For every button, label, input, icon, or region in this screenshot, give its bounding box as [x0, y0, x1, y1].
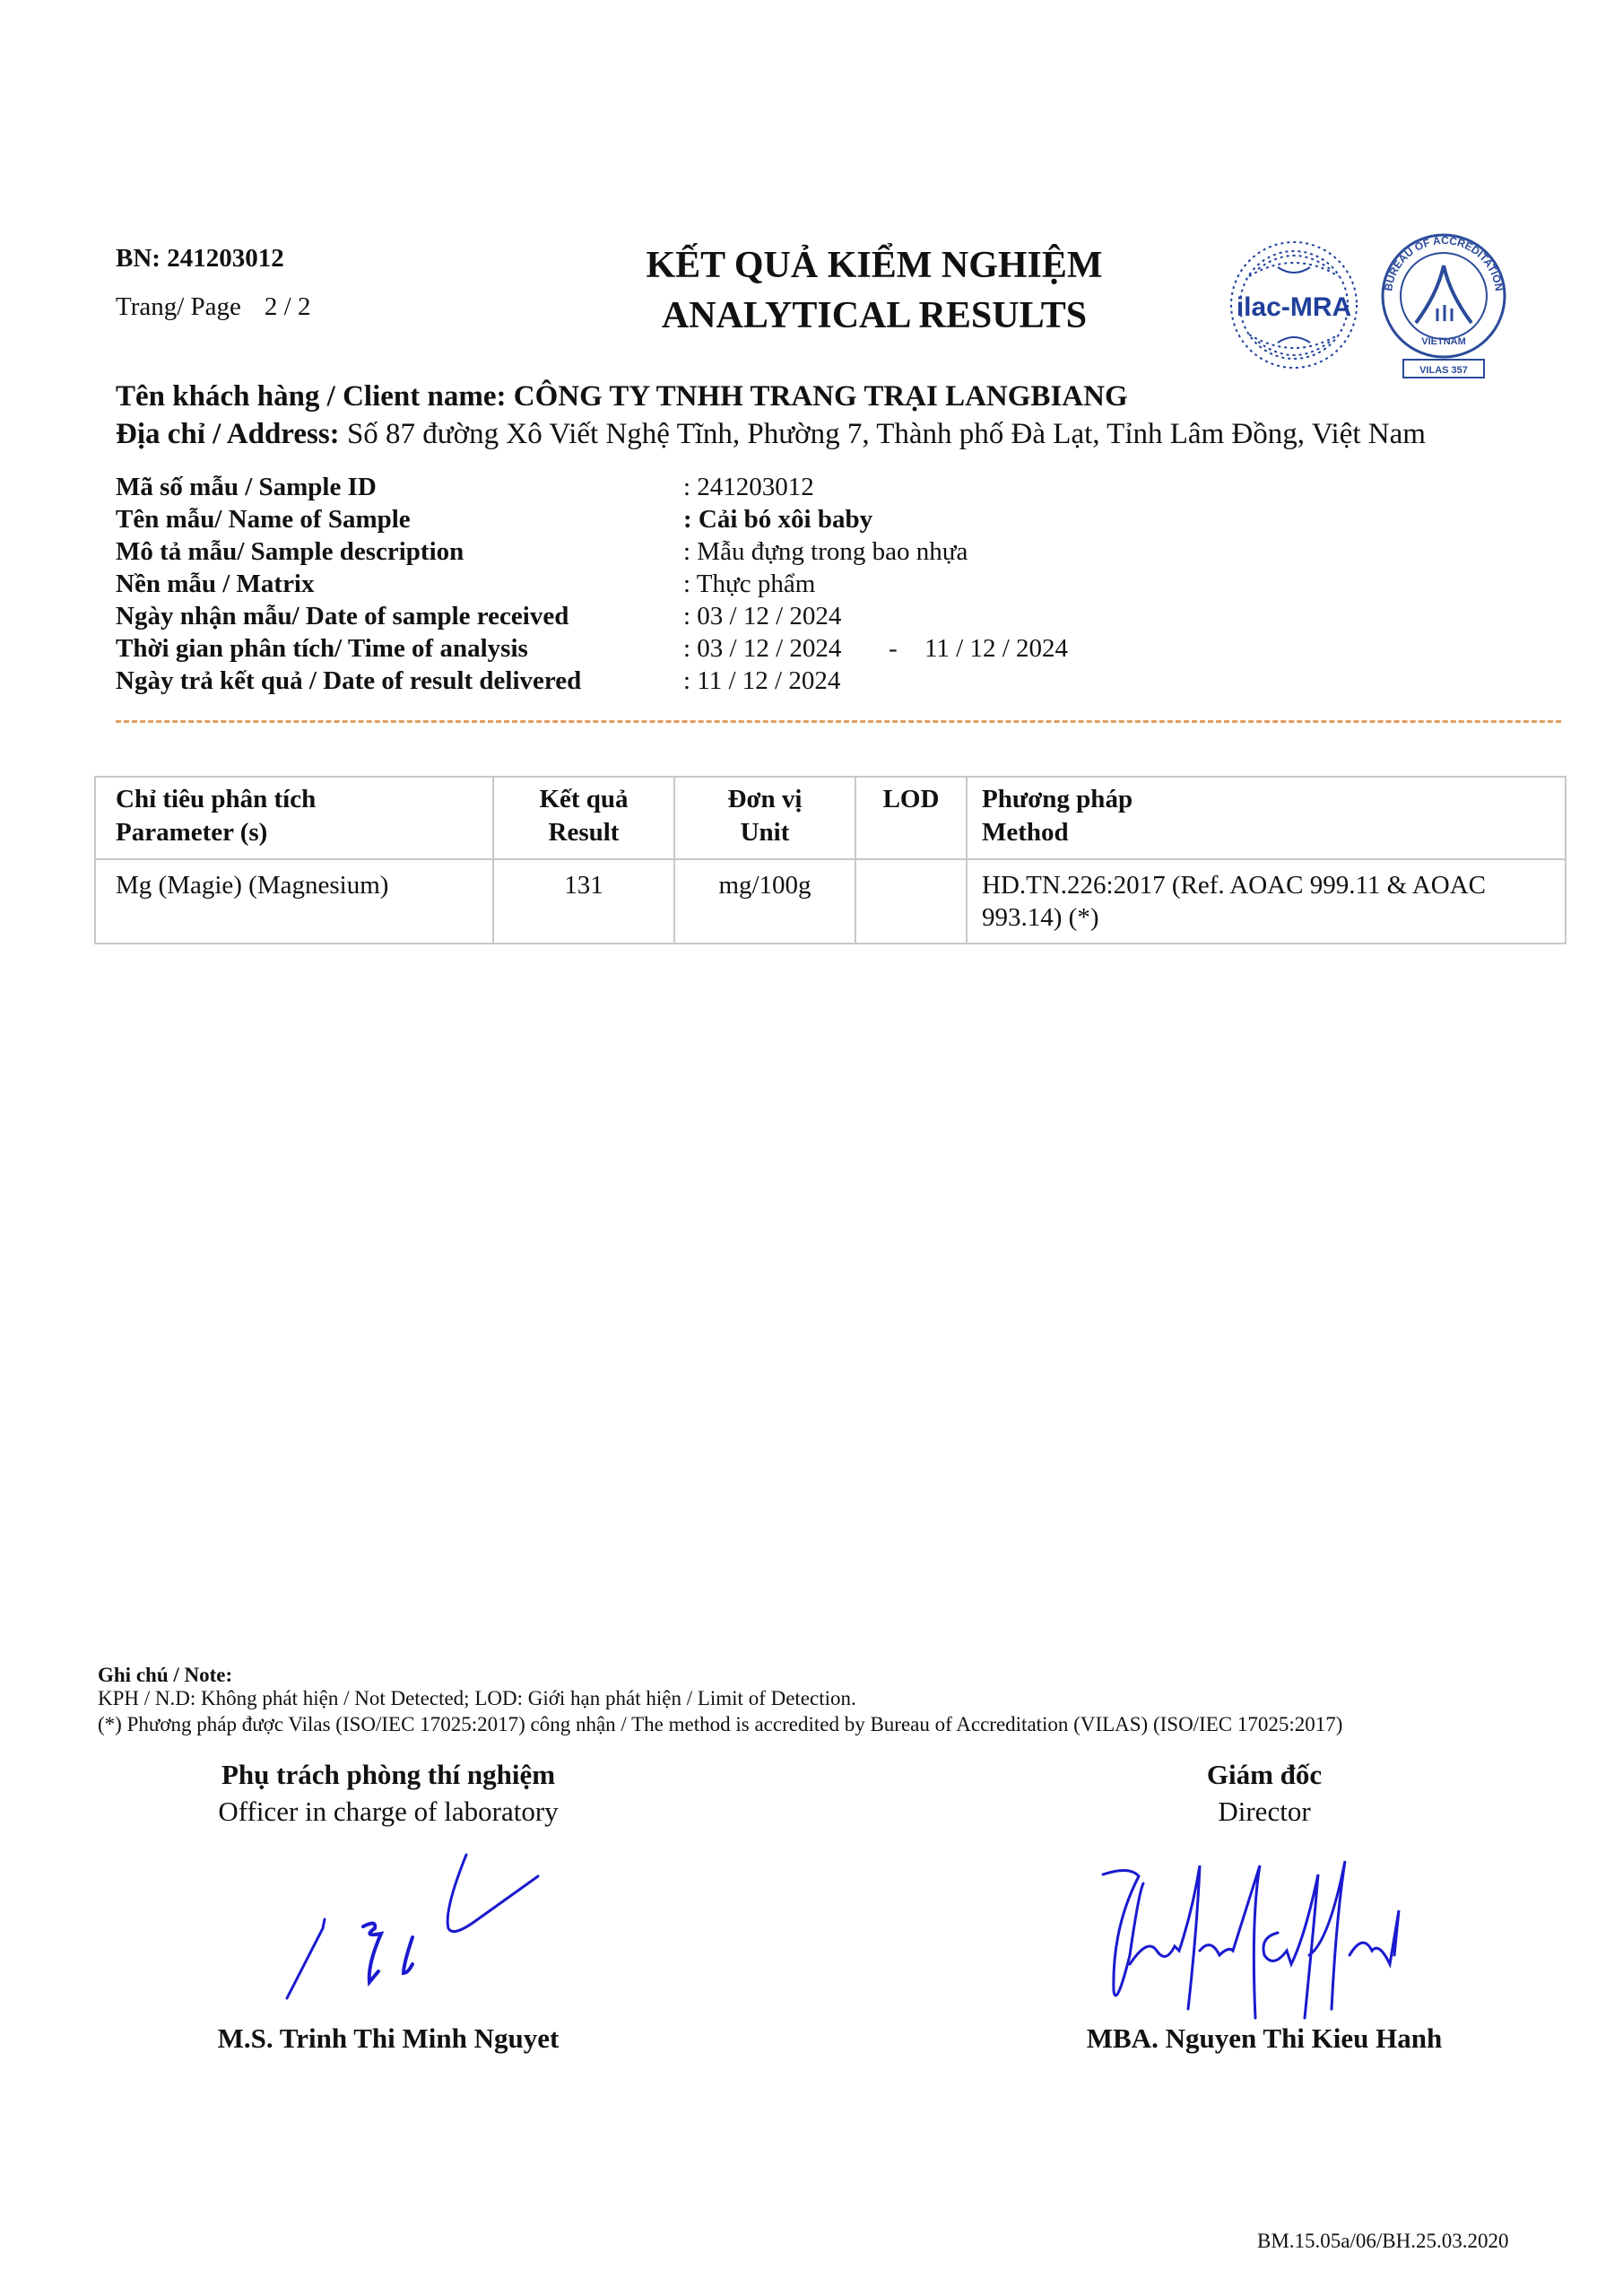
sample-description-value: : Mẫu đựng trong bao nhựa: [683, 537, 968, 567]
page-indicator: Trang/ Page2 / 2: [116, 292, 310, 322]
table-row: Mg (Magie) (Magnesium) 131 mg/100g HD.TN…: [95, 859, 1566, 944]
lab-officer-signature-icon: [269, 1848, 574, 2009]
cell-unit: mg/100g: [674, 859, 855, 944]
sample-name-value: : Cải bó xôi baby: [683, 505, 872, 535]
page-value: 2 / 2: [265, 292, 311, 321]
svg-text:VILAS 357: VILAS 357: [1419, 365, 1468, 376]
date-delivered-label: Ngày trả kết quả / Date of result delive…: [116, 666, 581, 696]
ilac-mra-logo-icon: ilac-MRA: [1231, 242, 1357, 368]
analysis-start-value: : 03 / 12 / 2024: [683, 634, 841, 664]
sample-id-value: : 241203012: [683, 473, 814, 502]
sample-description-label: Mô tả mẫu/ Sample description: [116, 537, 464, 567]
cell-result: 131: [493, 859, 674, 944]
results-table: Chỉ tiêu phân tíchParameter (s) Kết quảR…: [94, 776, 1567, 944]
date-received-value: : 03 / 12 / 2024: [683, 602, 841, 631]
analysis-range-separator: -: [889, 634, 898, 664]
notes-title: Ghi chú / Note:: [98, 1664, 232, 1687]
director-role-vi: Giám đốc: [1040, 1756, 1488, 1794]
sample-id-label: Mã số mẫu / Sample ID: [116, 473, 377, 502]
title-vietnamese: KẾT QUẢ KIỂM NGHIỆM: [538, 240, 1211, 291]
lab-officer-signature-block: Phụ trách phòng thí nghiệm Officer in ch…: [164, 1756, 612, 1830]
title-english: ANALYTICAL RESULTS: [538, 291, 1211, 341]
cell-parameter: Mg (Magie) (Magnesium): [95, 859, 493, 944]
bureau-of-accreditation-seal-icon: BUREAU OF ACCREDITATION VIETNAM VILAS 35…: [1382, 234, 1506, 378]
analysis-end-value: 11 / 12 / 2024: [924, 634, 1068, 664]
page-label: Trang/ Page: [116, 292, 241, 321]
table-header-row: Chỉ tiêu phân tíchParameter (s) Kết quảR…: [95, 777, 1566, 859]
cell-lod: [855, 859, 967, 944]
client-name-label: Tên khách hàng / Client name:: [116, 380, 514, 413]
client-name: Tên khách hàng / Client name: CÔNG TY TN…: [116, 380, 1128, 413]
form-code: BM.15.05a/06/BH.25.03.2020: [1257, 2230, 1508, 2253]
svg-text:VIETNAM: VIETNAM: [1421, 336, 1466, 347]
header-result: Kết quảResult: [493, 777, 674, 859]
address-label: Địa chỉ / Address:: [116, 418, 347, 450]
header-method: Phương phápMethod: [967, 777, 1566, 859]
address-value: Số 87 đường Xô Viết Nghệ Tĩnh, Phường 7,…: [347, 418, 1426, 450]
svg-text:ilac-MRA: ilac-MRA: [1237, 292, 1351, 322]
client-name-value: CÔNG TY TNHH TRANG TRẠI LANGBIANG: [514, 380, 1128, 413]
date-received-label: Ngày nhận mẫu/ Date of sample received: [116, 602, 568, 631]
document-title: KẾT QUẢ KIỂM NGHIỆM ANALYTICAL RESULTS: [538, 240, 1211, 341]
director-signature-icon: [1094, 1857, 1471, 2027]
batch-number: BN: 241203012: [116, 244, 284, 274]
lab-officer-role-vi: Phụ trách phòng thí nghiệm: [164, 1756, 612, 1794]
sample-name-label: Tên mẫu/ Name of Sample: [116, 505, 411, 535]
lab-officer-name: M.S. Trinh Thi Minh Nguyet: [164, 2022, 612, 2055]
cell-method: HD.TN.226:2017 (Ref. AOAC 999.11 & AOAC …: [967, 859, 1566, 944]
note-line-2: (*) Phương pháp được Vilas (ISO/IEC 1702…: [98, 1713, 1342, 1736]
date-delivered-value: : 11 / 12 / 2024: [683, 666, 840, 696]
director-name: MBA. Nguyen Thi Kieu Hanh: [1040, 2022, 1488, 2055]
lab-officer-role-en: Officer in charge of laboratory: [164, 1794, 612, 1830]
client-address: Địa chỉ / Address: Số 87 đường Xô Viết N…: [116, 418, 1426, 451]
section-divider: [116, 720, 1561, 723]
accreditation-logo: ilac-MRA BUREAU OF ACCREDITATION VIETNAM…: [1224, 231, 1520, 379]
matrix-label: Nền mẫu / Matrix: [116, 570, 315, 599]
header-lod: LOD: [855, 777, 967, 859]
matrix-value: : Thực phẩm: [683, 570, 815, 599]
analysis-time-label: Thời gian phân tích/ Time of analysis: [116, 634, 528, 664]
header-unit: Đơn vịUnit: [674, 777, 855, 859]
note-line-1: KPH / N.D: Không phát hiện / Not Detecte…: [98, 1687, 856, 1710]
director-role-en: Director: [1040, 1794, 1488, 1830]
director-signature-block: Giám đốc Director: [1040, 1756, 1488, 1830]
header-parameter: Chỉ tiêu phân tíchParameter (s): [95, 777, 493, 859]
